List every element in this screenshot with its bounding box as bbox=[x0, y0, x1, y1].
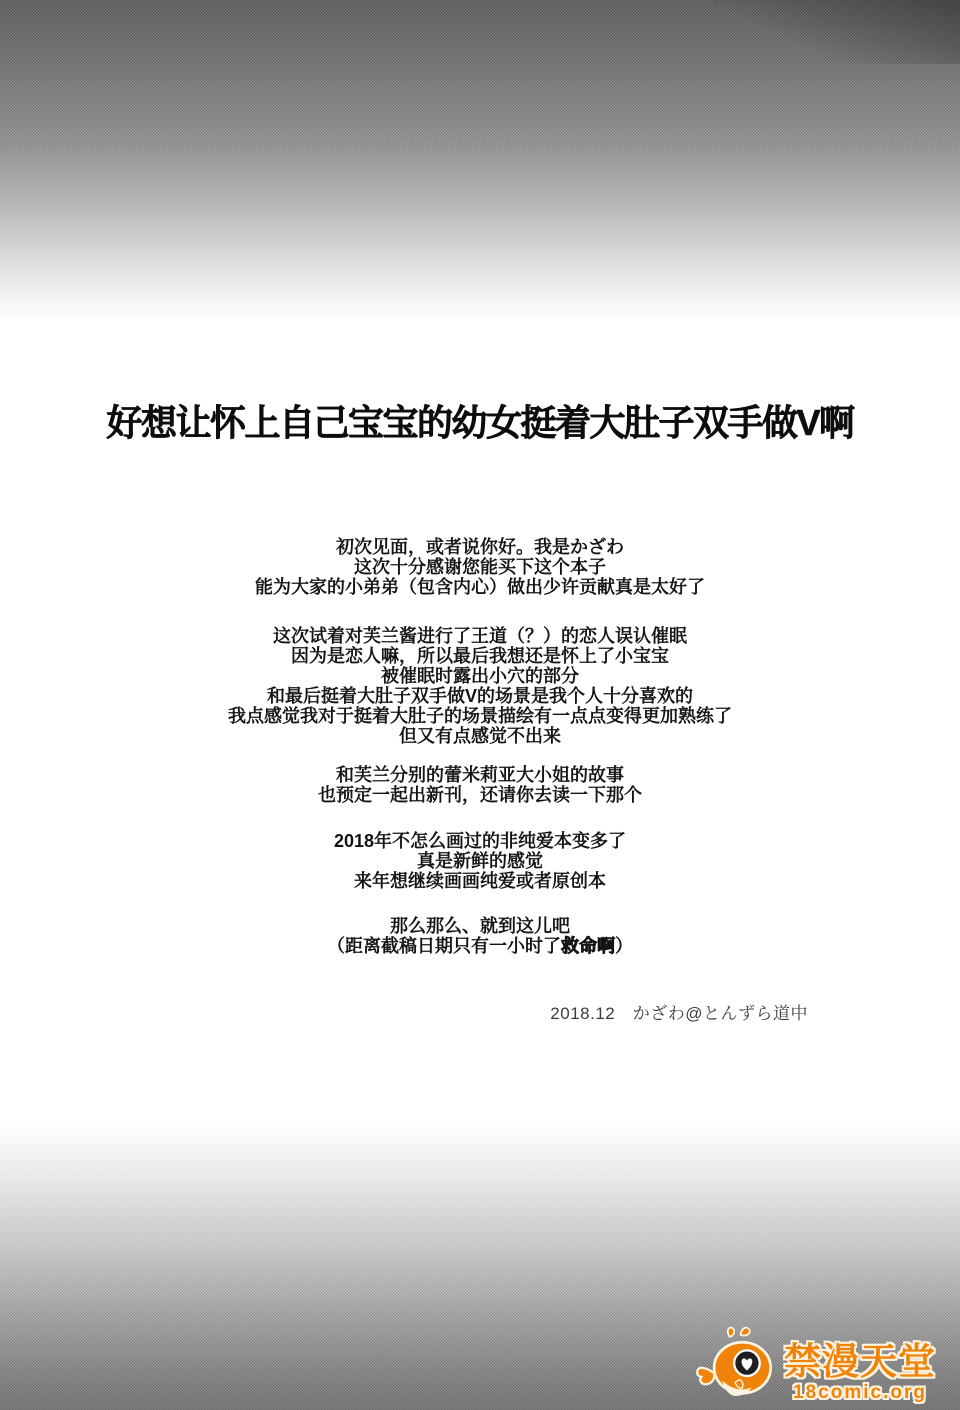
watermark-site-url: 18comic.org bbox=[793, 1383, 927, 1402]
afterword-paragraph-2: 这次试着对芙兰酱进行了王道（？）的恋人误认催眠 因为是恋人嘛，所以最后我想还是怀… bbox=[0, 626, 960, 746]
signature-line: 2018.12 かざわ@とんずら道中 bbox=[0, 999, 960, 1024]
emphasis-text: 救命啊 bbox=[561, 936, 615, 956]
text-line: （距离截稿日期只有一小时了救命啊） bbox=[0, 936, 960, 956]
text-line: 来年想继续画画纯爱或者原创本 bbox=[0, 871, 960, 891]
text-line: 和芙兰分别的蕾米莉亚大小姐的故事 bbox=[0, 765, 960, 785]
text-line: 也预定一起出新刊，还请你去读一下那个 bbox=[0, 785, 960, 805]
afterword-paragraph-4: 2018年不怎么画过的非纯爱本变多了 真是新鲜的感觉 来年想继续画画纯爱或者原创… bbox=[0, 831, 960, 891]
text-line: 但又有点感觉不出来 bbox=[0, 726, 960, 746]
closing-post: ） bbox=[615, 936, 633, 956]
site-watermark: 禁漫天堂 18comic.org bbox=[694, 1324, 936, 1406]
closing-pre: （距离截稿日期只有一小时了 bbox=[327, 936, 561, 956]
text-line: 能为大家的小弟弟（包含内心）做出少许贡献真是太好了 bbox=[0, 577, 960, 597]
text-line: 真是新鲜的感觉 bbox=[0, 851, 960, 871]
text-line: 我点感觉我对于挺着大肚子的场景描绘有一点点变得更加熟练了 bbox=[0, 706, 960, 726]
afterword-paragraph-1: 初次见面，或者说你好。我是かざわ 这次十分感谢您能买下这个本子 能为大家的小弟弟… bbox=[0, 537, 960, 597]
text-line: 那么那么、就到这儿吧 bbox=[0, 916, 960, 936]
watermark-texts: 禁漫天堂 18comic.org bbox=[784, 1343, 936, 1402]
text-line: 这次试着对芙兰酱进行了王道（？）的恋人误认催眠 bbox=[0, 626, 960, 646]
watermark-site-name: 禁漫天堂 bbox=[784, 1343, 936, 1380]
page-title: 好想让怀上自己宝宝的幼女挺着大肚子双手做V啊 bbox=[0, 402, 960, 444]
text-line: 这次十分感谢您能买下这个本子 bbox=[0, 557, 960, 577]
text-line: 因为是恋人嘛，所以最后我想还是怀上了小宝宝 bbox=[0, 646, 960, 666]
text-line: 被催眠时露出小穴的部分 bbox=[0, 666, 960, 686]
text-line: 初次见面，或者说你好。我是かざわ bbox=[0, 537, 960, 557]
text-line: 2018年不怎么画过的非纯爱本变多了 bbox=[0, 831, 960, 851]
page-curl-shadow bbox=[620, 0, 960, 64]
text-line: 和最后挺着大肚子双手做V的场景是我个人十分喜欢的 bbox=[0, 686, 960, 706]
closing-paragraph: 那么那么、就到这儿吧 （距离截稿日期只有一小时了救命啊） bbox=[0, 916, 960, 956]
afterword-paragraph-3: 和芙兰分别的蕾米莉亚大小姐的故事 也预定一起出新刊，还请你去读一下那个 bbox=[0, 765, 960, 805]
whale-mascot-icon bbox=[694, 1324, 778, 1406]
